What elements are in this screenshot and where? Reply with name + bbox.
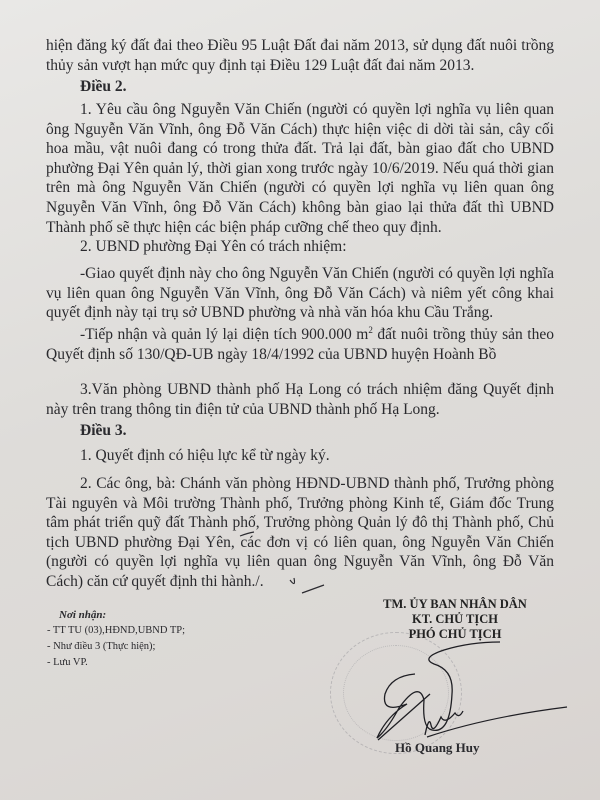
article-2-heading: Điều 2. <box>80 78 127 96</box>
article-2-item-3-text: 3.Văn phòng UBND thành phố Hạ Long có tr… <box>46 381 554 418</box>
intro-text: hiện đăng ký đất đai theo Điều 95 Luật Đ… <box>46 37 554 74</box>
signer-name: Hồ Quang Huy <box>395 740 515 756</box>
article-2-item-2b: -Tiếp nhận và quản lý lại diện tích 900.… <box>46 325 554 364</box>
article-3-heading: Điều 3. <box>80 422 127 440</box>
article-2-item-2a-text: -Giao quyết định này cho ông Nguyễn Văn … <box>46 265 554 321</box>
area-text: -Tiếp nhận và quản lý lại diện tích 900.… <box>80 326 368 343</box>
recipient-item: - TT TU (03),HĐND,UBND TP; <box>47 623 185 639</box>
article-3-item-2-text: 2. Các ông, bà: Chánh văn phòng HĐND-UBN… <box>46 475 554 590</box>
article-3-item-1: 1. Quyết định có hiệu lực kể từ ngày ký. <box>46 446 554 466</box>
signature-line-2: KT. CHỦ TỊCH <box>355 612 555 627</box>
article-2-item-1: 1. Yêu cầu ông Nguyễn Văn Chiến (người c… <box>46 100 554 237</box>
recipient-item: - Lưu VP. <box>47 655 185 671</box>
article-2-item-2-text: 2. UBND phường Đại Yên có trách nhiệm: <box>80 238 347 255</box>
article-2-item-1-text: 1. Yêu cầu ông Nguyễn Văn Chiến (người c… <box>46 101 554 236</box>
article-2-item-2: 2. UBND phường Đại Yên có trách nhiệm: <box>46 237 554 257</box>
signature-line-1: TM. ỦY BAN NHÂN DÂN <box>355 597 555 612</box>
recipients-block: Nơi nhận: - TT TU (03),HĐND,UBND TP; - N… <box>47 607 185 671</box>
recipients-title: Nơi nhận: <box>59 607 185 623</box>
signature-line-3: PHÓ CHỦ TỊCH <box>355 627 555 642</box>
article-2-item-2a: -Giao quyết định này cho ông Nguyễn Văn … <box>46 264 554 323</box>
article-3-item-2: 2. Các ông, bà: Chánh văn phòng HĐND-UBN… <box>46 474 554 592</box>
official-stamp <box>330 632 462 754</box>
article-3-item-1-text: 1. Quyết định có hiệu lực kể từ ngày ký. <box>80 447 330 464</box>
article-2-item-3: 3.Văn phòng UBND thành phố Hạ Long có tr… <box>46 380 554 419</box>
document-page: hiện đăng ký đất đai theo Điều 95 Luật Đ… <box>0 0 600 800</box>
signature-block: TM. ỦY BAN NHÂN DÂN KT. CHỦ TỊCH PHÓ CHỦ… <box>355 597 555 642</box>
intro-paragraph: hiện đăng ký đất đai theo Điều 95 Luật Đ… <box>46 36 554 75</box>
recipient-item: - Như điều 3 (Thực hiện); <box>47 639 185 655</box>
